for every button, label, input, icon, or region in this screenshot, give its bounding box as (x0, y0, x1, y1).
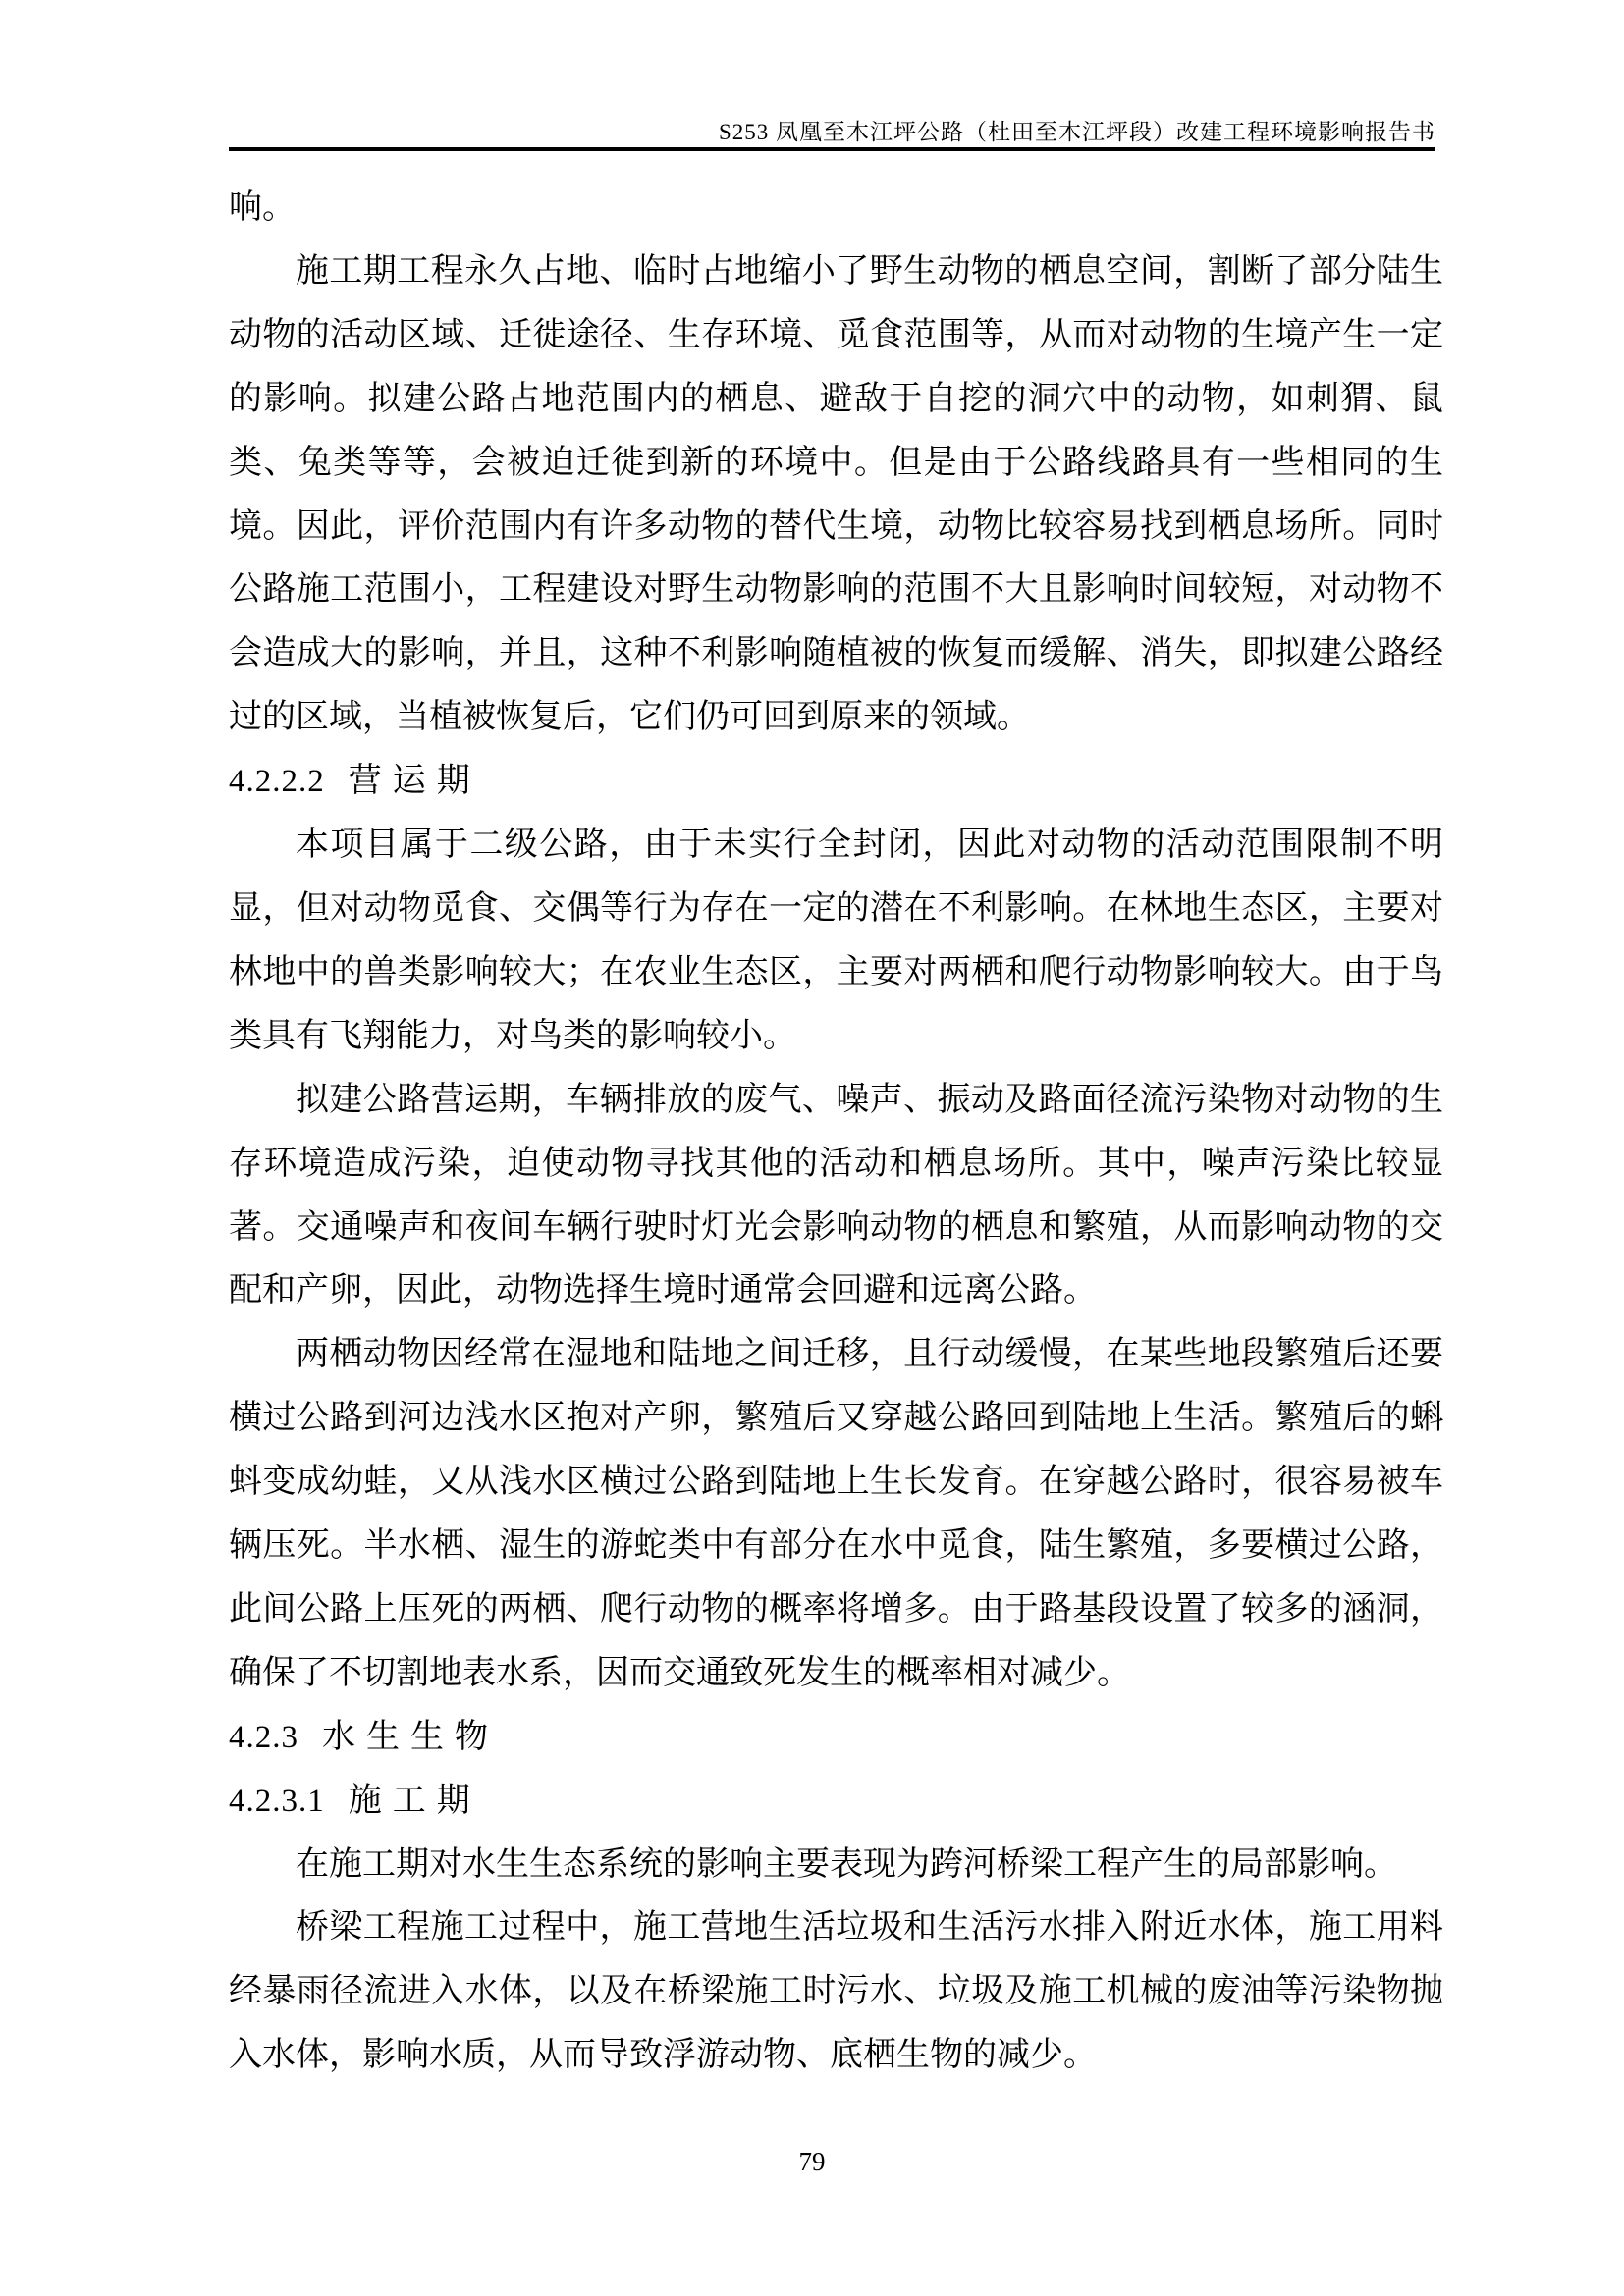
paragraph-continuation: 响。 (229, 177, 1443, 240)
paragraph-bridge-construction: 桥梁工程施工过程中，施工营地生活垃圾和生活污水排入附近水体，施工用料经暴雨径流进… (229, 1896, 1443, 2088)
paragraph-operation-period-1: 本项目属于二级公路，由于未实行全封闭，因此对动物的活动范围限制不明显，但对动物觅… (229, 814, 1443, 1069)
section-heading-4231: 4.2.3.1施工期 (229, 1770, 1443, 1834)
heading-number: 4.2.3 (229, 1720, 298, 1755)
document-body: 响。 施工期工程永久占地、临时占地缩小了野生动物的栖息空间，割断了部分陆生动物的… (229, 177, 1443, 2088)
heading-title: 施工期 (349, 1783, 481, 1819)
paragraph-operation-period-2: 拟建公路营运期，车辆排放的废气、噪声、振动及路面径流污染物对动物的生存环境造成污… (229, 1069, 1443, 1324)
section-heading-4222: 4.2.2.2营运期 (229, 750, 1443, 814)
paragraph-aquatic-impact: 在施工期对水生生态系统的影响主要表现为跨河桥梁工程产生的局部影响。 (229, 1834, 1443, 1897)
header-rule (229, 147, 1435, 151)
heading-title: 营运期 (349, 763, 481, 799)
document-page: S253 凤凰至木江坪公路（杜田至木江坪段）改建工程环境影响报告书 响。 施工期… (0, 0, 1624, 2296)
running-header: S253 凤凰至木江坪公路（杜田至木江坪段）改建工程环境影响报告书 (229, 114, 1435, 146)
heading-title: 水生生物 (322, 1719, 499, 1755)
section-heading-423: 4.2.3水生生物 (229, 1706, 1443, 1770)
heading-number: 4.2.2.2 (229, 764, 325, 799)
page-number: 79 (0, 2144, 1624, 2179)
paragraph-construction-impact: 施工期工程永久占地、临时占地缩小了野生动物的栖息空间，割断了部分陆生动物的活动区… (229, 240, 1443, 750)
heading-number: 4.2.3.1 (229, 1784, 325, 1819)
paragraph-amphibians: 两栖动物因经常在湿地和陆地之间迁移，且行动缓慢，在某些地段繁殖后还要横过公路到河… (229, 1323, 1443, 1705)
